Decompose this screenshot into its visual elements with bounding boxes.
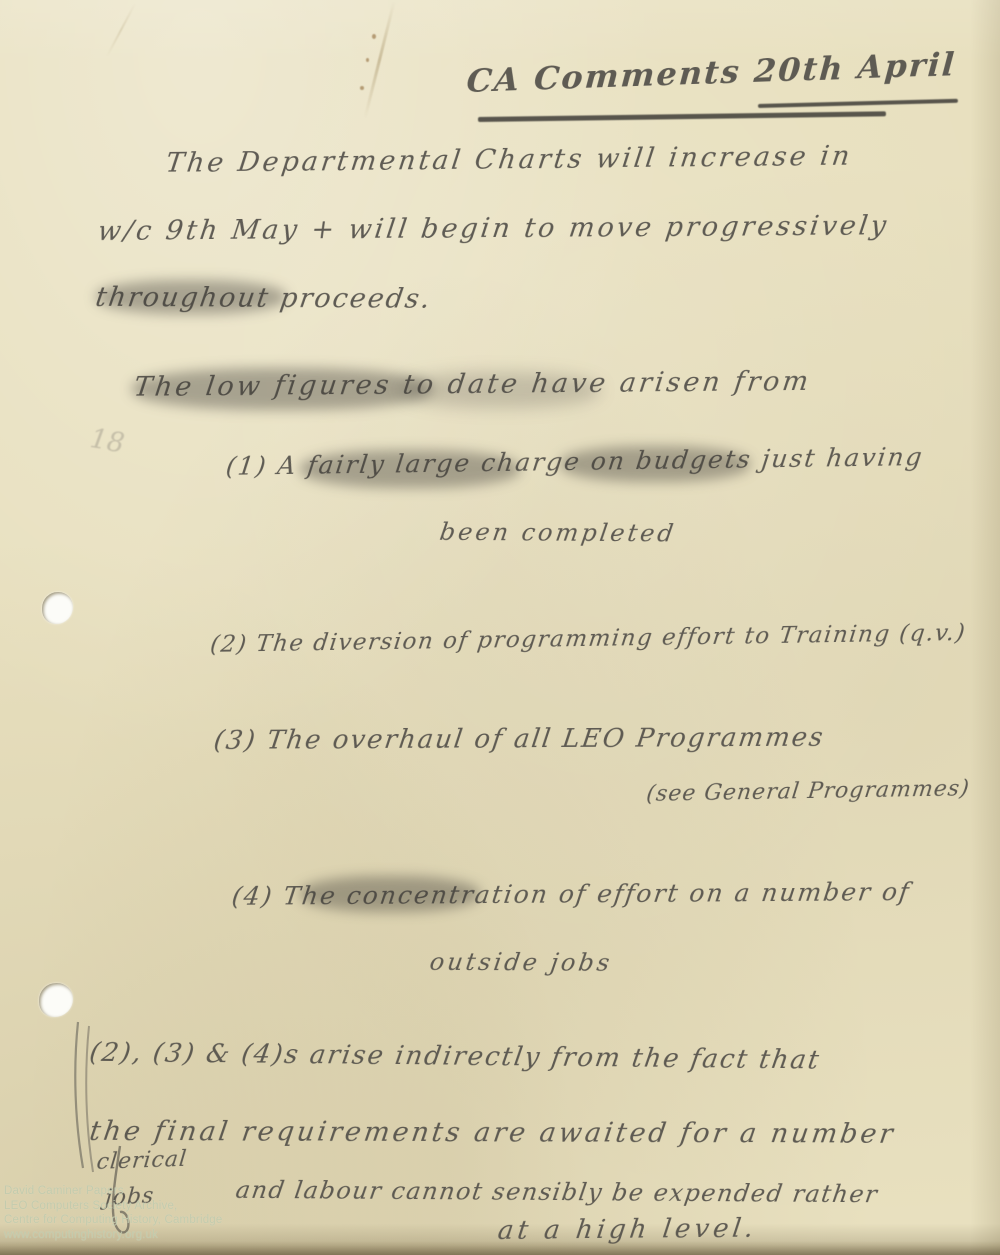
pencil-smudge: [96, 280, 286, 314]
handwritten-line: and labour cannot sensibly be expended r…: [234, 1176, 880, 1208]
paper-speck: [366, 58, 369, 62]
handwritten-line: (3) The overhaul of all LEO Programmes: [212, 723, 827, 756]
pencil-smudge: [300, 876, 480, 912]
handwritten-line: been completed: [438, 518, 678, 548]
pencil-smudge: [300, 450, 520, 488]
paper-speck: [372, 34, 376, 39]
handwritten-line: clerical: [95, 1147, 188, 1175]
handwritten-line: w/c 9th May + will begin to move progres…: [96, 210, 891, 247]
page-bottom-shadow: [0, 1241, 1000, 1255]
paper-speck: [360, 86, 364, 90]
margin-note-18: 18: [88, 424, 127, 460]
watermark-line: David Caminer Papers: [4, 1184, 223, 1199]
watermark-line: www.computinghistory.org.uk: [4, 1228, 223, 1243]
pencil-smudge: [560, 446, 750, 482]
pencil-smudge: [132, 368, 432, 410]
watermark-line: Centre for Computing History, Cambridge: [4, 1213, 223, 1228]
watermark-line: LEO Computers Society Archive,: [4, 1199, 223, 1214]
handwritten-line: outside jobs: [428, 948, 614, 977]
handwritten-line: the final requirements are awaited for a…: [88, 1116, 898, 1150]
archive-watermark: David Caminer Papers LEO Computers Socie…: [4, 1184, 223, 1242]
pencil-smudge: [400, 372, 600, 408]
